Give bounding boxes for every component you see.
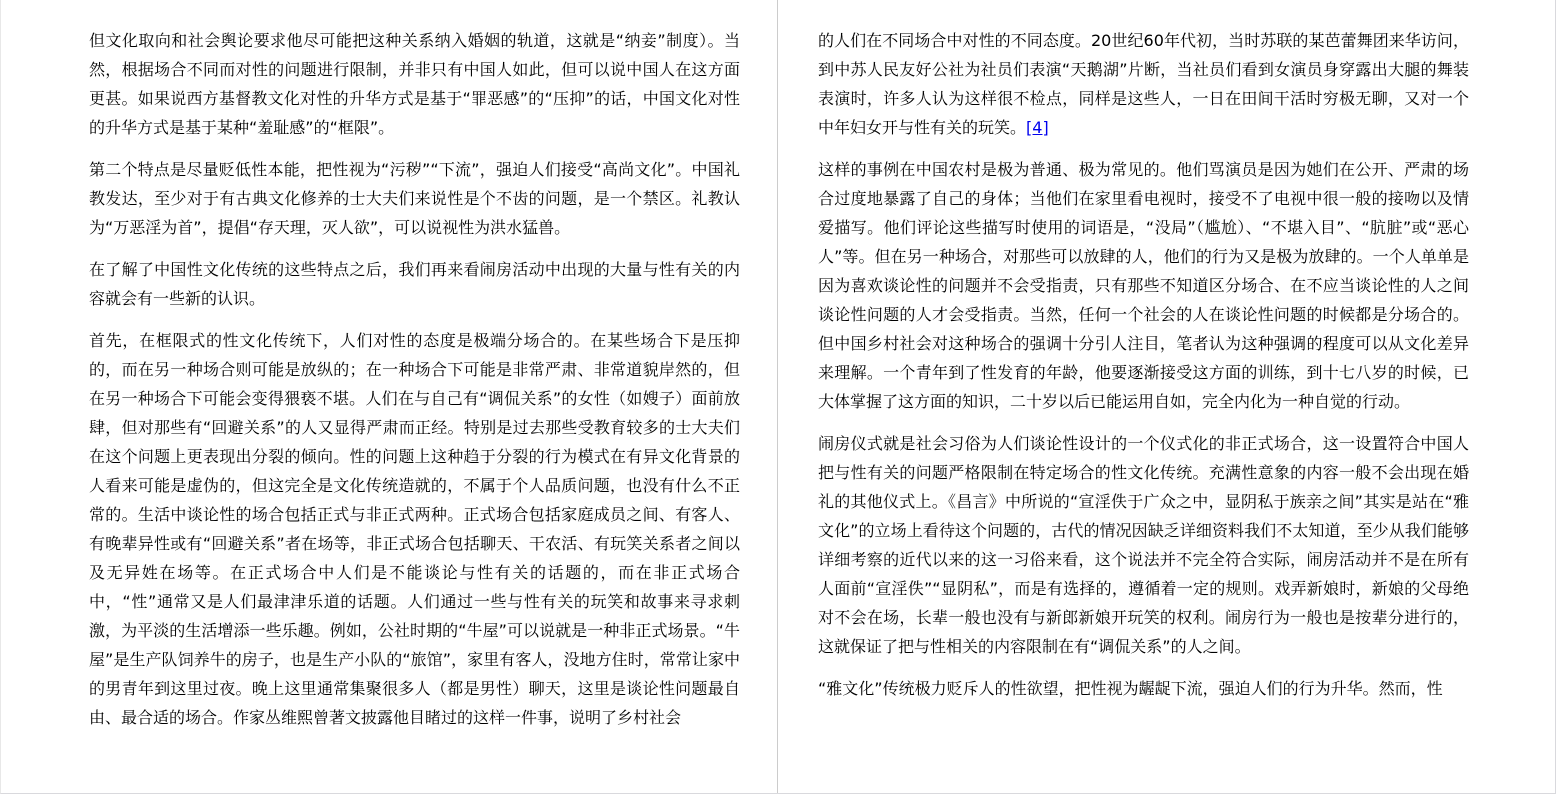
paragraph: 闹房仪式就是社会习俗为人们谈论性设计的一个仪式化的非正式场合，这一设置符合中国人… xyxy=(818,429,1469,661)
paragraph: 首先，在框限式的性文化传统下，人们对性的态度是极端分场合的。在某些场合下是压抑的… xyxy=(89,326,740,732)
paragraph-text: 的人们在不同场合中对性的不同态度。20世纪60年代初，当时苏联的某芭蕾舞团来华访… xyxy=(818,31,1469,137)
paragraph: 在了解了中国性文化传统的这些特点之后，我们再来看闹房活动中出现的大量与性有关的内… xyxy=(89,255,740,313)
page-left: 但文化取向和社会舆论要求他尽可能把这种关系纳入婚姻的轨道，这就是“纳妾”制度）。… xyxy=(1,0,777,794)
footnote-link-4[interactable]: [4] xyxy=(1026,118,1049,137)
page-divider xyxy=(777,0,778,793)
paragraph: 的人们在不同场合中对性的不同态度。20世纪60年代初，当时苏联的某芭蕾舞团来华访… xyxy=(818,26,1469,142)
paragraph: “雅文化”传统极力贬斥人的性欲望，把性视为龌龊下流，强迫人们的行为升华。然而，性 xyxy=(818,674,1469,703)
page-right: 的人们在不同场合中对性的不同态度。20世纪60年代初，当时苏联的某芭蕾舞团来华访… xyxy=(777,0,1555,794)
document-viewer: 但文化取向和社会舆论要求他尽可能把这种关系纳入婚姻的轨道，这就是“纳妾”制度）。… xyxy=(0,0,1556,794)
paragraph: 这样的事例在中国农村是极为普通、极为常见的。他们骂演员是因为她们在公开、严肃的场… xyxy=(818,155,1469,416)
paragraph: 但文化取向和社会舆论要求他尽可能把这种关系纳入婚姻的轨道，这就是“纳妾”制度）。… xyxy=(89,26,740,142)
paragraph: 第二个特点是尽量贬低性本能，把性视为“污秽”“下流”，强迫人们接受“高尚文化”。… xyxy=(89,155,740,242)
